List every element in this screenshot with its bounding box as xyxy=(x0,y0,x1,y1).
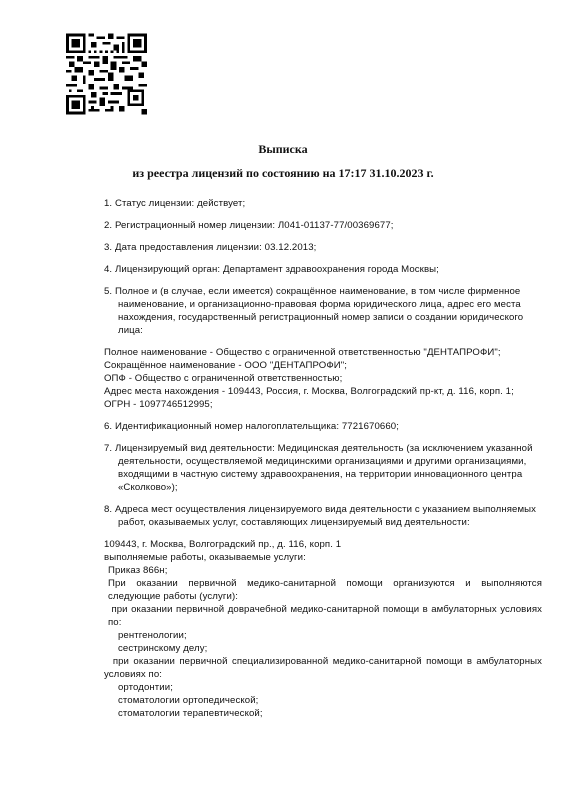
org-ogrn: ОГРН - 1097746512995; xyxy=(104,398,542,411)
activity-group-2-item: стоматологии терапевтической; xyxy=(104,707,542,720)
org-short-name: Сокращённое наименование - ООО "ДЕНТАПРО… xyxy=(104,359,542,372)
activity-works-label: выполняемые работы, оказываемые услуги: xyxy=(104,551,542,564)
item-number: 6. xyxy=(104,421,112,432)
item-label: Идентификационный номер налогоплательщик… xyxy=(115,421,339,432)
item-label: Регистрационный номер лицензии: xyxy=(115,220,275,231)
license-status-value: действует; xyxy=(197,198,245,209)
item-number: 7. xyxy=(104,443,112,454)
item-number: 5. xyxy=(104,286,112,297)
issue-date-value: 03.12.2013; xyxy=(265,242,317,253)
item-label: Дата предоставления лицензии: xyxy=(115,242,262,253)
activity-group-2: при оказании первичной специализированно… xyxy=(104,655,542,681)
document-subtitle: из реестра лицензий по состоянию на 17:1… xyxy=(0,166,566,181)
document-body: 1. Статус лицензии: действует; 2. Регист… xyxy=(104,197,542,720)
item-text: Полное и (в случае, если имеется) сокращ… xyxy=(115,286,523,336)
activity-intro: При оказании первичной медико-санитарной… xyxy=(104,577,542,603)
activity-group-1-item: сестринскому делу; xyxy=(104,642,542,655)
licensing-authority-value: Департамент здравоохранения города Москв… xyxy=(223,264,439,275)
activity-group-1: при оказании первичной доврачебной медик… xyxy=(104,603,542,629)
inn-value: 7721670660; xyxy=(342,421,399,432)
qr-code-icon xyxy=(66,30,147,118)
item-number: 3. xyxy=(104,242,112,253)
activity-group-1-text: при оказании первичной доврачебной медик… xyxy=(108,604,542,628)
item-number: 2. xyxy=(104,220,112,231)
item-label: Статус лицензии: xyxy=(115,198,194,209)
item-issue-date: 3. Дата предоставления лицензии: 03.12.2… xyxy=(104,241,542,254)
item-number: 1. xyxy=(104,198,112,209)
activity-group-2-item: стоматологии ортопедической; xyxy=(104,694,542,707)
activity-order: Приказ 866н; xyxy=(104,564,542,577)
org-legal-form: ОПФ - Общество с ограниченной ответствен… xyxy=(104,372,542,385)
item-number: 4. xyxy=(104,264,112,275)
activity-details: 109443, г. Москва, Волгоградский пр., д.… xyxy=(104,538,542,720)
organization-details: Полное наименование - Общество с огранич… xyxy=(104,346,542,411)
item-inn: 6. Идентификационный номер налогоплатель… xyxy=(104,420,542,433)
document-title: Выписка xyxy=(0,142,566,157)
item-organization-heading: 5. Полное и (в случае, если имеется) сок… xyxy=(104,285,542,337)
activity-group-1-item: рентгенологии; xyxy=(104,629,542,642)
item-number: 8. xyxy=(104,504,112,515)
activity-group-2-item: ортодонтии; xyxy=(104,681,542,694)
activity-address: 109443, г. Москва, Волгоградский пр., д.… xyxy=(104,538,542,551)
org-full-name: Полное наименование - Общество с огранич… xyxy=(104,346,542,359)
item-text: Адреса мест осуществления лицензируемого… xyxy=(115,504,536,528)
registration-number-value: Л041-01137-77/00369677; xyxy=(278,220,394,231)
activity-group-2-text: при оказании первичной специализированно… xyxy=(104,656,542,680)
item-label: Лицензирующий орган: xyxy=(115,264,220,275)
org-address: Адрес места нахождения - 109443, Россия,… xyxy=(104,385,542,398)
item-licensing-authority: 4. Лицензирующий орган: Департамент здра… xyxy=(104,263,542,276)
item-registration-number: 2. Регистрационный номер лицензии: Л041-… xyxy=(104,219,542,232)
item-licensed-activity: 7. Лицензируемый вид деятельности: Медиц… xyxy=(104,442,542,494)
item-license-status: 1. Статус лицензии: действует; xyxy=(104,197,542,210)
item-label: Лицензируемый вид деятельности: xyxy=(115,443,275,454)
item-activity-addresses: 8. Адреса мест осуществления лицензируем… xyxy=(104,503,542,529)
